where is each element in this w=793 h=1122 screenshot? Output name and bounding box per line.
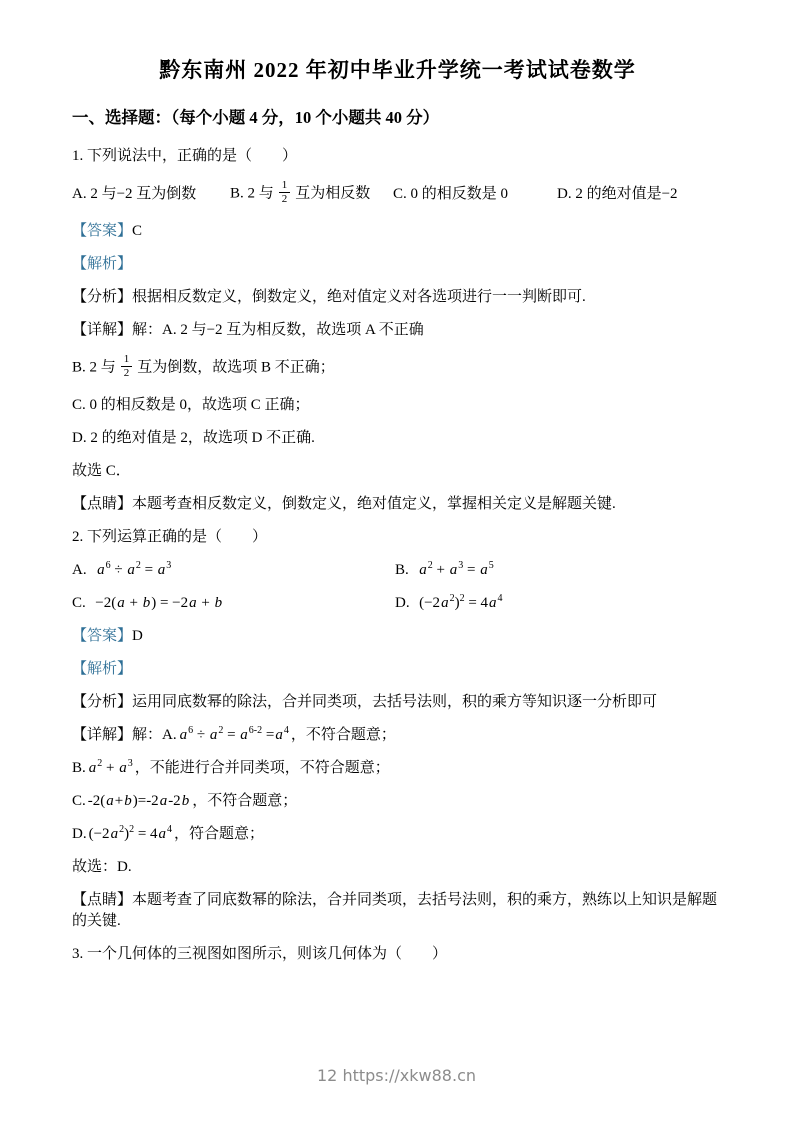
text-run: 【分析】运用同底数幂的除法，合并同类项，去括号法则，积的乘方等知识逐一分析即可 bbox=[72, 694, 657, 710]
math-expression: a2 + a3 bbox=[88, 760, 133, 776]
conclusion-2: 故选：D. bbox=[72, 857, 723, 878]
math-expression: a2 + a3 = a5 bbox=[418, 562, 493, 578]
question-2-options-row-1: A. a6 ÷ a2 = a3B. a2 + a3 = a5 bbox=[72, 560, 723, 581]
text-run: 3. 一个几何体的三视图如图所示，则该几何体为（ ） bbox=[72, 946, 447, 962]
text-run: A. bbox=[72, 562, 94, 578]
option-item: B. 2 与12互为相反数 bbox=[230, 179, 393, 209]
text-run: D. bbox=[72, 826, 87, 842]
text-run: A. 2 与−2 互为倒数 bbox=[72, 186, 196, 202]
text-run: 故选 C． bbox=[72, 463, 131, 479]
question-2: 2. 下列运算正确的是（ ） bbox=[72, 527, 723, 548]
text-run: 互为倒数，故选项 B 不正确； bbox=[137, 359, 335, 375]
label-tag: 【答案】 bbox=[72, 223, 132, 239]
analysis-label-2: 【解析】 bbox=[72, 659, 723, 680]
text-run: ，不符合题意； bbox=[192, 793, 297, 809]
option-item: C. −2(a + b) = −2a + b bbox=[72, 593, 395, 614]
detail-1-d: D. 2 的绝对值是 2，故选项 D 不正确. bbox=[72, 428, 723, 449]
text-run: 【分析】根据相反数定义，倒数定义，绝对值定义对各选项进行一一判断即可. bbox=[72, 289, 586, 305]
text-run: D. 2 的绝对值是−2 bbox=[557, 186, 678, 202]
text-run: B. 2 与 bbox=[72, 359, 116, 375]
detail-2-a: 【详解】解：A.a6 ÷ a2 = a6-2 =a4，不符合题意； bbox=[72, 725, 723, 746]
text-run: B. 2 与 bbox=[230, 185, 274, 201]
fraction: 12 bbox=[279, 179, 291, 206]
conclusion-1: 故选 C． bbox=[72, 461, 723, 482]
section-heading: 一、选择题：（每个小题 4 分，10 个小题共 40 分） bbox=[72, 107, 723, 129]
analysis-label-1: 【解析】 bbox=[72, 254, 723, 275]
remark-2: 【点睛】本题考查了同底数幂的除法，合并同类项，去括号法则，积的乘方，熟练以上知识… bbox=[72, 890, 723, 932]
detail-2-d: D.(−2a2)2 = 4a4，符合题意； bbox=[72, 824, 723, 845]
text-run: ，不符合题意； bbox=[291, 727, 396, 743]
page-number-and-url: 12 https://xkw88.cn bbox=[317, 1066, 476, 1085]
fraction: 12 bbox=[121, 353, 133, 380]
text-run: 【详解】解：A. bbox=[72, 727, 177, 743]
text-run: B. bbox=[395, 562, 416, 578]
text-run: C bbox=[132, 223, 142, 239]
math-expression: a6 ÷ a2 = a6-2 =a4 bbox=[179, 727, 289, 743]
detail-1-a: 【详解】解：A. 2 与−2 互为相反数，故选项 A 不正确 bbox=[72, 320, 723, 341]
label-tag: 【解析】 bbox=[72, 256, 132, 272]
text-run: 互为相反数 bbox=[295, 185, 370, 201]
text-run: 【详解】解：A. 2 与−2 互为相反数，故选项 A 不正确 bbox=[72, 322, 424, 338]
option-item: A. a6 ÷ a2 = a3 bbox=[72, 560, 395, 581]
text-run: B. bbox=[72, 760, 86, 776]
text-run: 故选：D. bbox=[72, 859, 132, 875]
text-run: C. 0 的相反数是 0，故选项 C 正确； bbox=[72, 397, 310, 413]
detail-1-b: B. 2 与12互为倒数，故选项 B 不正确； bbox=[72, 353, 723, 383]
option-item: C. 0 的相反数是 0 bbox=[393, 184, 557, 205]
question-3: 3. 一个几何体的三视图如图所示，则该几何体为（ ） bbox=[72, 944, 723, 965]
detail-1-c: C. 0 的相反数是 0，故选项 C 正确； bbox=[72, 395, 723, 416]
label-tag: 【解析】 bbox=[72, 661, 132, 677]
text-run: 【点睛】本题考查了同底数幂的除法，合并同类项，去括号法则，积的乘方，熟练以上知识… bbox=[72, 892, 717, 929]
math-expression: (−2a2)2 = 4a4 bbox=[419, 595, 502, 611]
option-item: D. 2 的绝对值是−2 bbox=[557, 184, 723, 205]
question-2-options-row-2: C. −2(a + b) = −2a + bD. (−2a2)2 = 4a4 bbox=[72, 593, 723, 614]
text-run: D. 2 的绝对值是 2，故选项 D 不正确. bbox=[72, 430, 315, 446]
detail-2-c: C.-2(a+b)=-2a-2b，不符合题意； bbox=[72, 791, 723, 812]
remark-1: 【点睛】本题考查相反数定义，倒数定义，绝对值定义，掌握相关定义是解题关键. bbox=[72, 494, 723, 515]
analysis-2: 【分析】运用同底数幂的除法，合并同类项，去括号法则，积的乘方等知识逐一分析即可 bbox=[72, 692, 723, 713]
document-title: 黔东南州 2022 年初中毕业升学统一考试试卷数学 bbox=[72, 56, 723, 85]
math-expression: -2(a+b)=-2a-2b bbox=[88, 793, 190, 809]
option-item: D. (−2a2)2 = 4a4 bbox=[395, 593, 723, 614]
text-run: D bbox=[132, 628, 143, 644]
text-run: C. bbox=[72, 595, 93, 611]
text-run: C. 0 的相反数是 0 bbox=[393, 186, 508, 202]
text-run: D. bbox=[395, 595, 417, 611]
text-run: 【点睛】本题考查相反数定义，倒数定义，绝对值定义，掌握相关定义是解题关键. bbox=[72, 496, 616, 512]
document-body: 1. 下列说法中，正确的是（ ）A. 2 与−2 互为倒数B. 2 与12互为相… bbox=[72, 146, 723, 965]
question-1: 1. 下列说法中，正确的是（ ） bbox=[72, 146, 723, 167]
label-tag: 【答案】 bbox=[72, 628, 132, 644]
detail-2-b: B.a2 + a3，不能进行合并同类项，不符合题意； bbox=[72, 758, 723, 779]
option-item: B. a2 + a3 = a5 bbox=[395, 560, 723, 581]
analysis-1: 【分析】根据相反数定义，倒数定义，绝对值定义对各选项进行一一判断即可. bbox=[72, 287, 723, 308]
question-1-options: A. 2 与−2 互为倒数B. 2 与12互为相反数C. 0 的相反数是 0D.… bbox=[72, 179, 723, 209]
text-run: 2. 下列运算正确的是（ ） bbox=[72, 529, 267, 545]
exam-document-page: 黔东南州 2022 年初中毕业升学统一考试试卷数学 一、选择题：（每个小题 4 … bbox=[0, 0, 793, 965]
math-expression: a6 ÷ a2 = a3 bbox=[96, 562, 171, 578]
text-run: C. bbox=[72, 793, 86, 809]
math-expression: (−2a2)2 = 4a4 bbox=[89, 826, 172, 842]
answer-2: 【答案】D bbox=[72, 626, 723, 647]
text-run: ，符合题意； bbox=[174, 826, 264, 842]
math-expression: −2(a + b) = −2a + b bbox=[95, 595, 223, 611]
answer-1: 【答案】C bbox=[72, 221, 723, 242]
text-run: ，不能进行合并同类项，不符合题意； bbox=[135, 760, 390, 776]
text-run: 1. 下列说法中，正确的是（ ） bbox=[72, 148, 297, 164]
page-footer: 12 https://xkw88.cn bbox=[0, 1066, 793, 1085]
option-item: A. 2 与−2 互为倒数 bbox=[72, 184, 230, 205]
